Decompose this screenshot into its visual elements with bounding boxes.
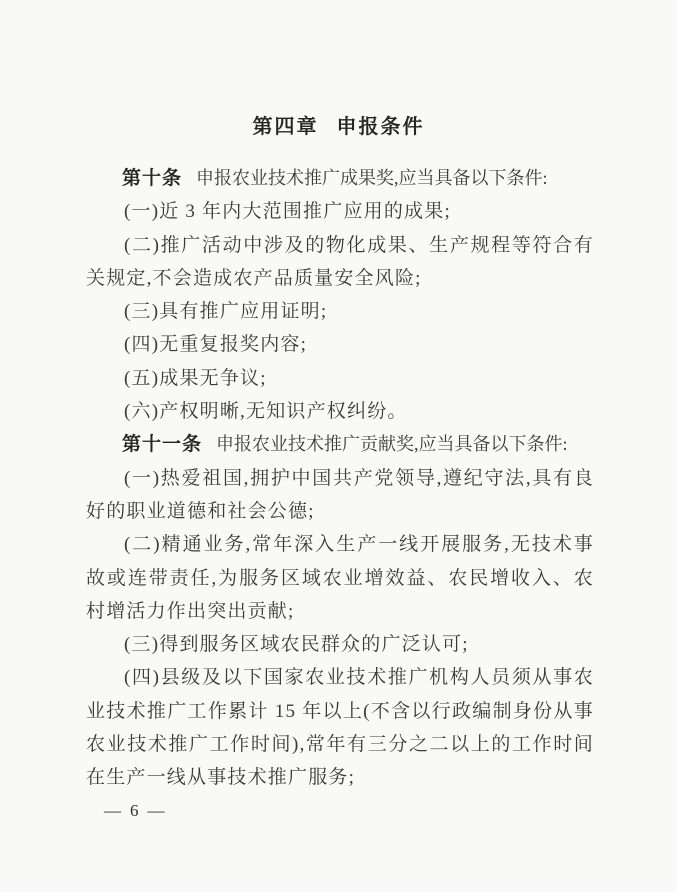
article-10-item-1: (一)近 3 年内大范围推广应用的成果; — [86, 195, 594, 228]
page-footer: —6— — [104, 801, 165, 821]
article-10-item-6: (六)产权明晰,无知识产权纠纷。 — [86, 395, 594, 428]
chapter-number: 第四章 — [253, 116, 319, 138]
footer-dash-right: — — [148, 801, 165, 820]
article-10-label: 第十条 — [122, 168, 182, 189]
article-11-item-1: (一)热爱祖国,拥护中国共产党领导,遵纪守法,具有良好的职业道德和社会公德; — [86, 462, 594, 529]
article-11-item-2: (二)精通业务,常年深入生产一线开展服务,无技术事故或连带责任,为服务区域农业增… — [86, 528, 594, 628]
article-10-lead: 第十条申报农业技术推广成果奖,应当具备以下条件: — [86, 162, 594, 195]
article-10-item-3: (三)具有推广应用证明; — [86, 295, 594, 328]
article-11-lead: 第十一条申报农业技术推广贡献奖,应当具备以下条件: — [86, 428, 594, 461]
article-10-lead-text: 申报农业技术推广成果奖,应当具备以下条件: — [196, 168, 548, 188]
article-11-item-3: (三)得到服务区域农民群众的广泛认可; — [86, 628, 594, 661]
footer-dash-left: — — [104, 801, 121, 820]
chapter-title: 申报条件 — [337, 116, 425, 138]
article-11-item-4: (四)县级及以下国家农业技术推广机构人员须从事农业技术推广工作累计 15 年以上… — [86, 661, 594, 794]
article-10-item-2: (二)推广活动中涉及的物化成果、生产规程等符合有关规定,不会造成农产品质量安全风… — [86, 229, 594, 296]
document-page: 第四章申报条件 第十条申报农业技术推广成果奖,应当具备以下条件: (一)近 3 … — [0, 0, 677, 892]
article-11-lead-text: 申报农业技术推广贡献奖,应当具备以下条件: — [216, 434, 568, 454]
article-11-label: 第十一条 — [122, 434, 202, 455]
chapter-heading: 第四章申报条件 — [0, 114, 677, 140]
article-10-item-4: (四)无重复报奖内容; — [86, 328, 594, 361]
document-body: 第十条申报农业技术推广成果奖,应当具备以下条件: (一)近 3 年内大范围推广应… — [86, 162, 594, 795]
page-number: 6 — [130, 801, 139, 821]
article-10-item-5: (五)成果无争议; — [86, 362, 594, 395]
